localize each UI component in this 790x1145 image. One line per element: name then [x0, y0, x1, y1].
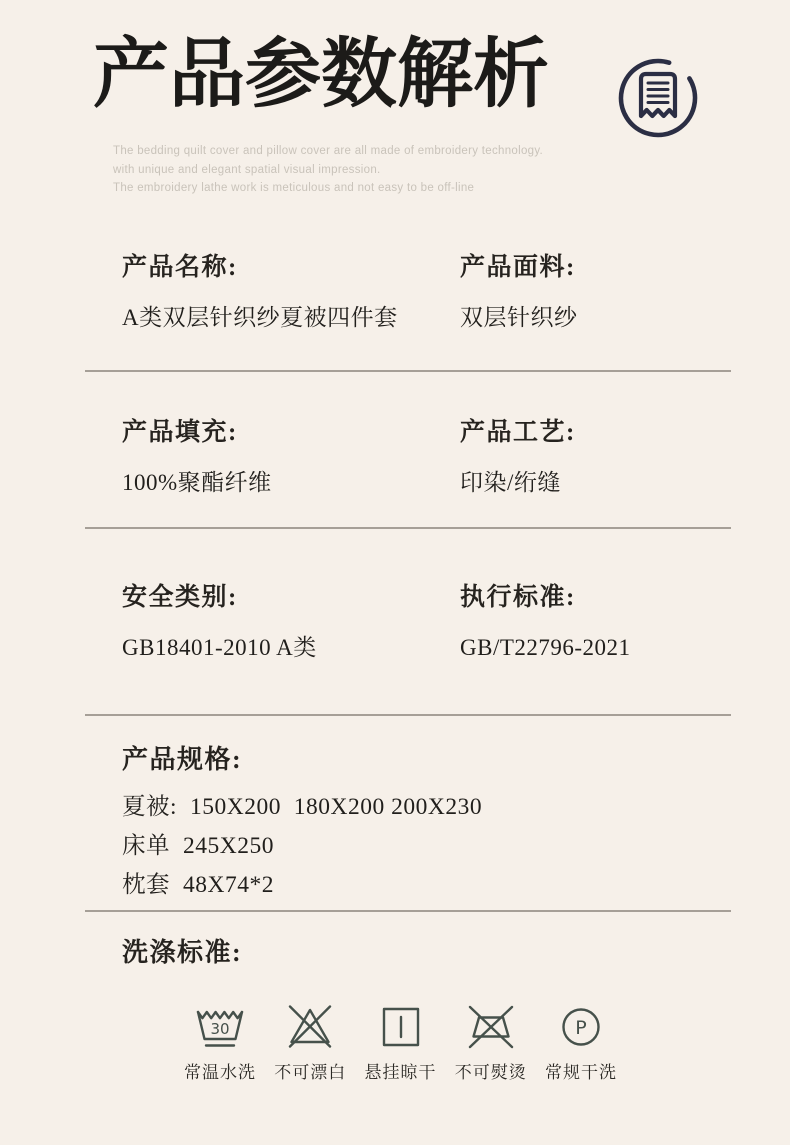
hang-dry-icon — [375, 1001, 427, 1053]
subtitle-line: The embroidery lathe work is meticulous … — [113, 179, 543, 198]
spec-name: 枕套 — [122, 872, 170, 898]
care-item-hang-dry: 悬挂晾干 — [359, 1001, 443, 1083]
field-value: 双层针织纱 — [460, 304, 731, 332]
receipt-badge-icon — [612, 52, 704, 144]
care-item-no-iron: 不可熨烫 — [449, 1001, 533, 1083]
field-label: 产品工艺: — [460, 418, 731, 448]
field-label: 执行标准: — [460, 583, 731, 613]
section-basic-info: 产品名称: A类双层针织纱夏被四件套 产品面料: 双层针织纱 — [85, 238, 731, 372]
field-value: 100%聚酯纤维 — [122, 469, 460, 497]
care-heading: 洗涤标准: — [85, 937, 731, 968]
field-product-name: 产品名称: A类双层针织纱夏被四件套 — [122, 253, 460, 332]
page-title: 产品参数解析 — [93, 36, 549, 116]
spec-row-pillowcase: 枕套48X74*2 — [122, 871, 731, 899]
spec-rows: 夏被:150X200 180X200 200X230 床单245X250 枕套4… — [85, 793, 731, 899]
field-safety-category: 安全类别: GB18401-2010 A类 — [122, 583, 460, 662]
care-caption: 不可熨烫 — [449, 1058, 533, 1083]
field-label: 安全类别: — [122, 583, 460, 613]
spec-value: 48X74*2 — [183, 872, 274, 898]
product-parameters-page: 产品参数解析 The bedding quilt cover and pillo… — [0, 0, 790, 1145]
specs-heading: 产品规格: — [85, 744, 731, 775]
field-product-filling: 产品填充: 100%聚酯纤维 — [122, 418, 460, 497]
spec-value: 245X250 — [183, 833, 274, 859]
care-item-wash: 30 常温水洗 — [178, 1001, 262, 1083]
subtitle-line: The bedding quilt cover and pillow cover… — [113, 142, 543, 161]
no-iron-icon — [465, 1001, 517, 1053]
spec-value: 150X200 180X200 200X230 — [190, 794, 482, 820]
wash-temp-number: 30 — [210, 1020, 229, 1038]
no-bleach-icon — [284, 1001, 336, 1053]
section-filling-craft: 产品填充: 100%聚酯纤维 产品工艺: 印染/绗缝 — [85, 372, 731, 529]
care-icons-row: 30 常温水洗 不可漂白 悬挂晾干 — [178, 1001, 623, 1083]
field-product-fabric: 产品面料: 双层针织纱 — [460, 253, 731, 332]
field-label: 产品面料: — [460, 253, 731, 283]
section-washing-standard: 洗涤标准: 30 常温水洗 不可漂白 — [85, 912, 731, 1145]
field-label: 产品填充: — [122, 418, 460, 448]
subtitle-text: The bedding quilt cover and pillow cover… — [113, 142, 543, 198]
field-value: 印染/绗缝 — [460, 469, 731, 497]
field-product-craft: 产品工艺: 印染/绗缝 — [460, 418, 731, 497]
care-item-dry-clean: P 常规干洗 — [539, 1001, 623, 1083]
care-caption: 常规干洗 — [539, 1058, 623, 1083]
spec-row-summer-quilt: 夏被:150X200 180X200 200X230 — [122, 793, 731, 821]
dry-clean-letter: P — [575, 1017, 586, 1039]
section-safety-standard: 安全类别: GB18401-2010 A类 执行标准: GB/T22796-20… — [85, 529, 731, 716]
subtitle-line: with unique and elegant spatial visual i… — [113, 161, 543, 180]
wash-30-icon: 30 — [194, 1001, 246, 1053]
dry-clean-icon: P — [555, 1001, 607, 1053]
section-specifications: 产品规格: 夏被:150X200 180X200 200X230 床单245X2… — [85, 716, 731, 912]
spec-name: 床单 — [122, 833, 170, 859]
field-executive-standard: 执行标准: GB/T22796-2021 — [460, 583, 731, 662]
field-value: GB18401-2010 A类 — [122, 634, 460, 662]
field-value: GB/T22796-2021 — [460, 634, 731, 662]
field-value: A类双层针织纱夏被四件套 — [122, 304, 460, 332]
field-label: 产品名称: — [122, 253, 460, 283]
spec-row-bed-sheet: 床单245X250 — [122, 832, 731, 860]
care-caption: 常温水洗 — [178, 1058, 262, 1083]
care-caption: 不可漂白 — [268, 1058, 352, 1083]
spec-name: 夏被: — [122, 794, 177, 820]
care-item-no-bleach: 不可漂白 — [268, 1001, 352, 1083]
care-caption: 悬挂晾干 — [359, 1058, 443, 1083]
